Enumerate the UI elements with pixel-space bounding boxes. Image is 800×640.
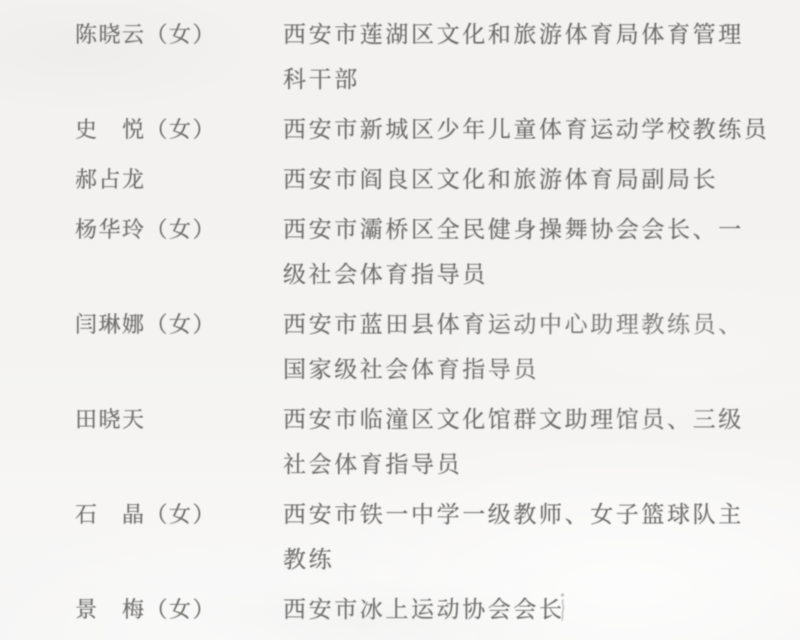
person-title: 西安市临潼区文化馆群文助理馆员、三级 社会体育指导员 [283,397,800,487]
person-name: 田晓天 [75,397,283,442]
list-entry: 闫琳娜（女） 西安市蓝田县体育运动中心助理教练员、 国家级社会体育指导员 [75,302,800,392]
list-entry: 石 晶（女） 西安市铁一中学一级教师、女子篮球队主 教练 [75,492,800,582]
title-line: 西安市铁一中学一级教师、女子篮球队主 [283,492,800,537]
title-line: 西安市灞桥区全民健身操舞协会会长、一 [283,207,800,252]
list-entry: 田晓天 西安市临潼区文化馆群文助理馆员、三级 社会体育指导员 [75,397,800,487]
list-entry: 郝占龙 西安市阎良区文化和旅游体育局副局长 [75,157,800,202]
title-line: 西安市冰上运动协会会长 [283,587,800,632]
title-line: 级社会体育指导员 [283,252,800,297]
list-entry: 杨华玲（女） 西安市灞桥区全民健身操舞协会会长、一 级社会体育指导员 [75,207,800,297]
title-line: 西安市新城区少年儿童体育运动学校教练员 [283,107,800,152]
scanned-document-page: 陈晓云（女） 西安市莲湖区文化和旅游体育局体育管理 科干部 史 悦（女） 西安市… [0,0,800,640]
person-name: 景 梅（女） [75,587,283,632]
person-name: 陈晓云（女） [75,12,283,57]
person-name: 郝占龙 [75,157,283,202]
title-line: 西安市阎良区文化和旅游体育局副局长 [283,157,800,202]
title-line: 科干部 [283,57,800,102]
title-line: 社会体育指导员 [283,442,800,487]
person-title: 西安市冰上运动协会会长 [283,587,800,632]
person-title: 西安市铁一中学一级教师、女子篮球队主 教练 [283,492,800,582]
list-entry: 陈晓云（女） 西安市莲湖区文化和旅游体育局体育管理 科干部 [75,12,800,102]
title-line: 西安市临潼区文化馆群文助理馆员、三级 [283,397,800,442]
ink-smudge-mark [554,591,572,623]
person-title: 西安市新城区少年儿童体育运动学校教练员 [283,107,800,152]
person-name: 史 悦（女） [75,107,283,152]
person-title: 西安市莲湖区文化和旅游体育局体育管理 科干部 [283,12,800,102]
title-line: 教练 [283,537,800,582]
list-entry: 景 梅（女） 西安市冰上运动协会会长 [75,587,800,632]
list-entry: 史 悦（女） 西安市新城区少年儿童体育运动学校教练员 [75,107,800,152]
title-line: 西安市莲湖区文化和旅游体育局体育管理 [283,12,800,57]
person-name: 闫琳娜（女） [75,302,283,347]
person-name: 杨华玲（女） [75,207,283,252]
person-title: 西安市阎良区文化和旅游体育局副局长 [283,157,800,202]
name-title-list: 陈晓云（女） 西安市莲湖区文化和旅游体育局体育管理 科干部 史 悦（女） 西安市… [0,0,800,637]
title-line: 国家级社会体育指导员 [283,347,800,392]
title-line: 西安市蓝田县体育运动中心助理教练员、 [283,302,800,347]
person-title: 西安市灞桥区全民健身操舞协会会长、一 级社会体育指导员 [283,207,800,297]
person-name: 石 晶（女） [75,492,283,537]
person-title: 西安市蓝田县体育运动中心助理教练员、 国家级社会体育指导员 [283,302,800,392]
